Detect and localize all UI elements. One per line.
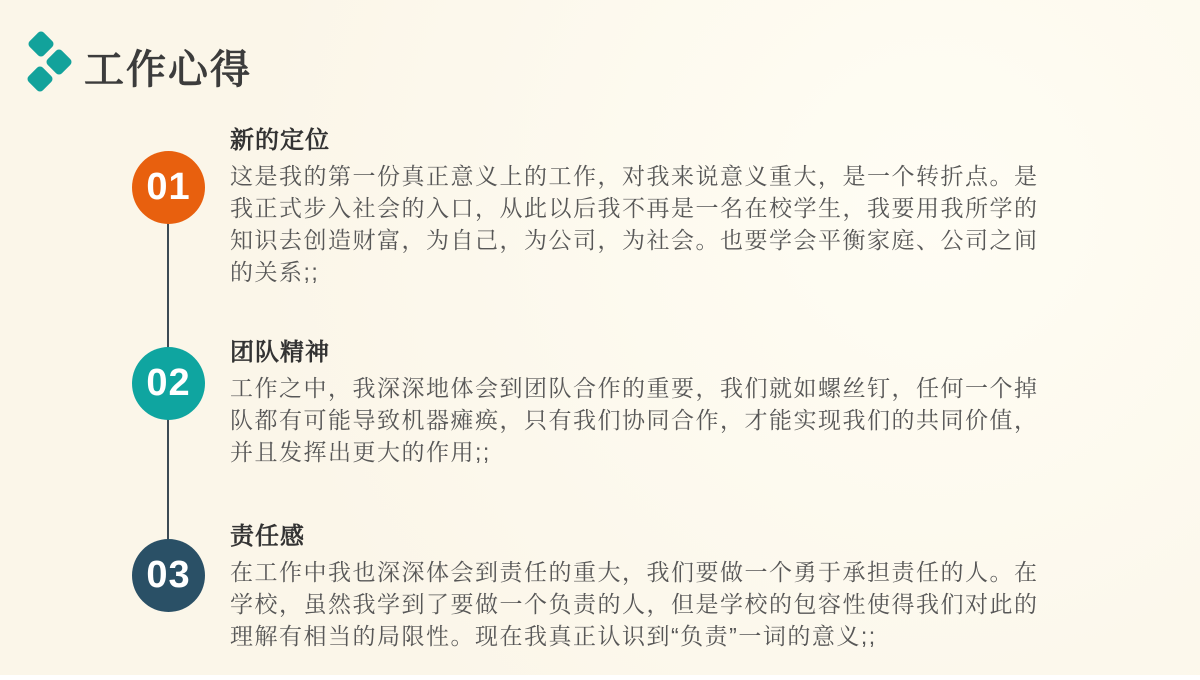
section-heading: 团队精神: [230, 332, 1130, 367]
page-title: 工作心得: [84, 38, 252, 95]
body-line: 在工作中我也深深体会到责任的重大，我们要做一个勇于承担责任的人。在: [230, 556, 1130, 588]
body-line: 知识去创造财富，为自己，为公司，为社会。也要学会平衡家庭、公司之间: [230, 224, 1130, 256]
body-line: 工作之中，我深深地体会到团队合作的重要，我们就如螺丝钉，任何一个掉: [230, 372, 1130, 404]
section-responsibility: 责任感 在工作中我也深深体会到责任的重大，我们要做一个勇于承担责任的人。在 学校…: [230, 516, 1130, 652]
step-number: 02: [146, 362, 190, 405]
step-number: 01: [146, 166, 190, 209]
step-badge-03: 03: [132, 539, 205, 612]
step-badge-01: 01: [132, 151, 205, 224]
section-new-position: 新的定位 这是我的第一份真正意义上的工作，对我来说意义重大，是一个转折点。是 我…: [230, 120, 1130, 288]
body-line: 并且发挥出更大的作用;;: [230, 436, 1130, 468]
body-line: 理解有相当的局限性。现在我真正认识到“负责”一词的意义;;: [230, 620, 1130, 652]
slide: 工作心得 01 02 03 新的定位 这是我的第一份真正意义上的工作，对我来说意…: [0, 0, 1200, 680]
section-heading: 新的定位: [230, 120, 1130, 155]
section-heading: 责任感: [230, 516, 1130, 551]
section-body: 工作之中，我深深地体会到团队合作的重要，我们就如螺丝钉，任何一个掉 队都有可能导…: [230, 372, 1130, 468]
section-team-spirit: 团队精神 工作之中，我深深地体会到团队合作的重要，我们就如螺丝钉，任何一个掉 队…: [230, 332, 1130, 468]
body-line: 队都有可能导致机器瘫痪，只有我们协同合作，才能实现我们的共同价值，: [230, 404, 1130, 436]
body-line: 我正式步入社会的入口，从此以后我不再是一名在校学生，我要用我所学的: [230, 192, 1130, 224]
section-body: 这是我的第一份真正意义上的工作，对我来说意义重大，是一个转折点。是 我正式步入社…: [230, 160, 1130, 288]
body-line: 这是我的第一份真正意义上的工作，对我来说意义重大，是一个转折点。是: [230, 160, 1130, 192]
body-line: 的关系;;: [230, 256, 1130, 288]
diamond-icon: [26, 65, 54, 93]
section-body: 在工作中我也深深体会到责任的重大，我们要做一个勇于承担责任的人。在 学校，虽然我…: [230, 556, 1130, 652]
body-line: 学校，虽然我学到了要做一个负责的人，但是学校的包容性使得我们对此的: [230, 588, 1130, 620]
step-number: 03: [146, 554, 190, 597]
step-badge-02: 02: [132, 347, 205, 420]
diamond-icon: [45, 48, 73, 76]
slide-bottom-edge: [0, 675, 1200, 680]
diamond-icon: [27, 30, 55, 58]
